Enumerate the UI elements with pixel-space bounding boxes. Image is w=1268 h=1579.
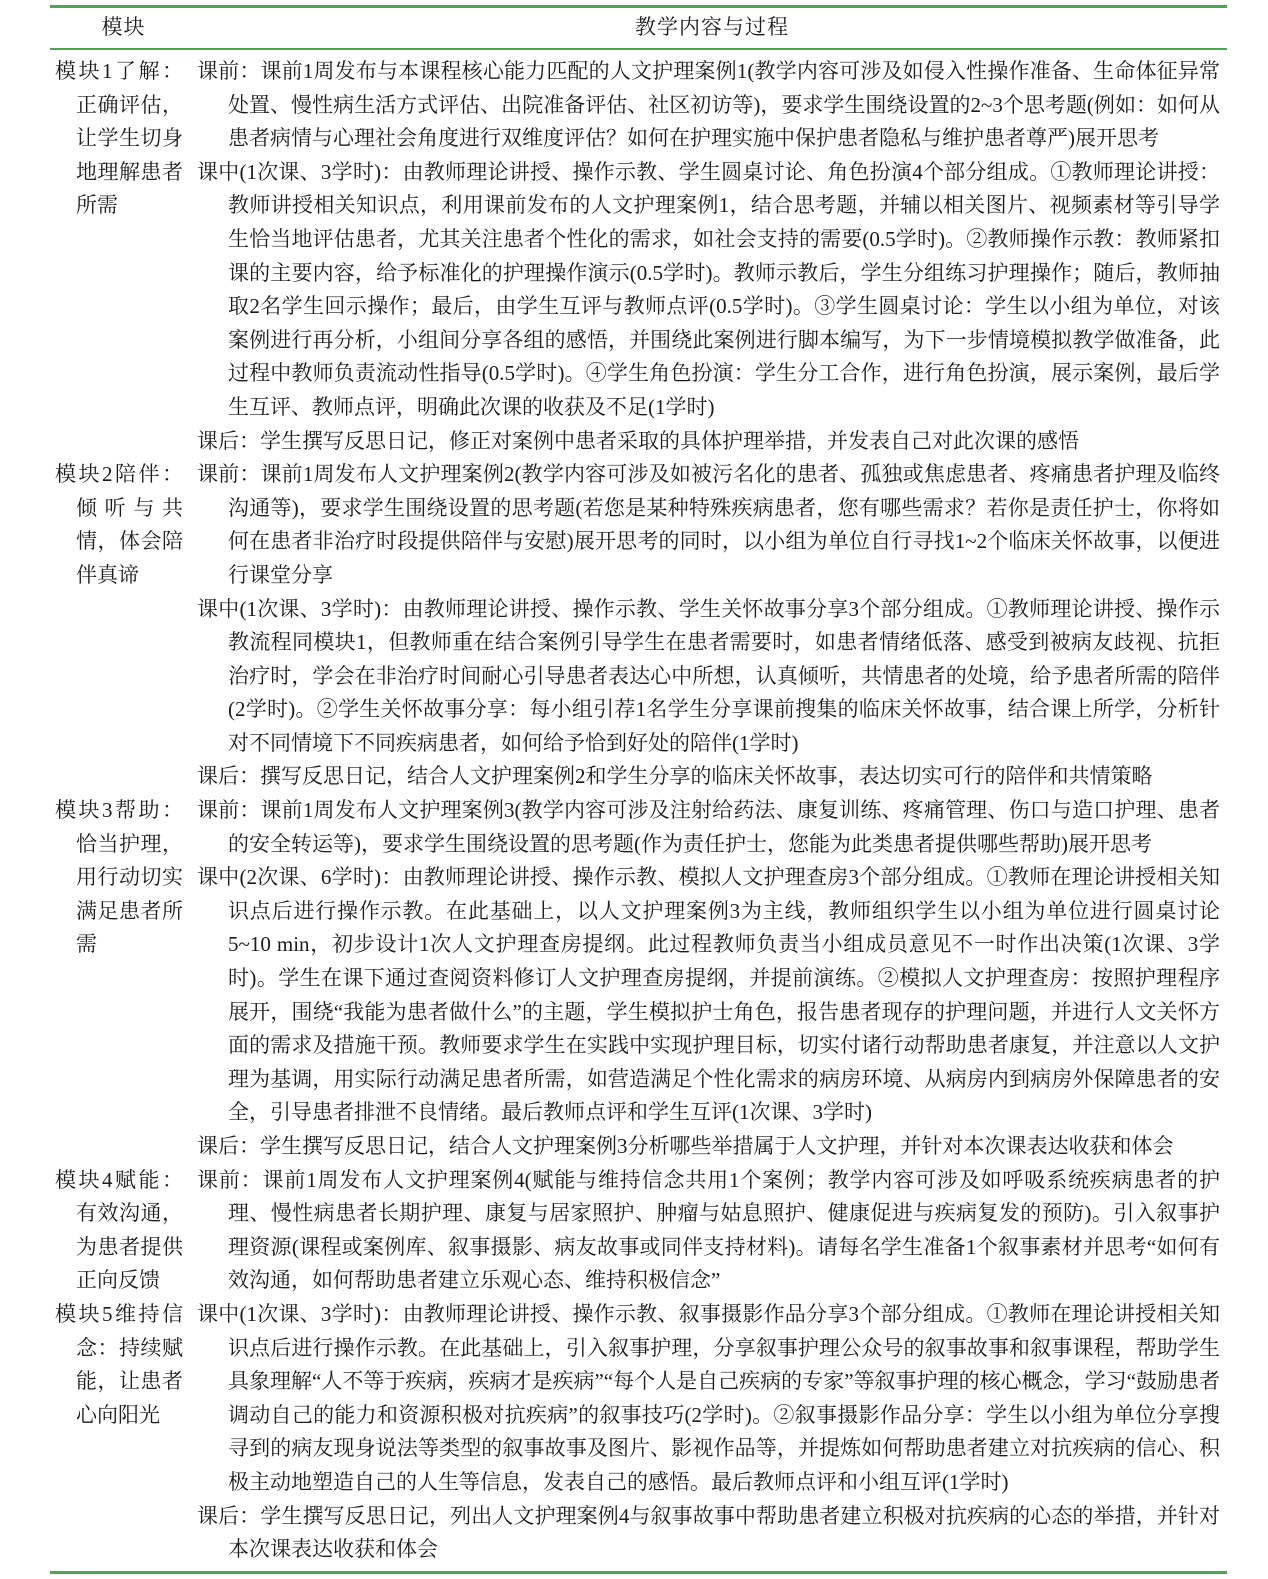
paragraph: 课中(2次课、6学时)：由教师理论讲授、操作示教、模拟人文护理查房3个部分组成。… (197, 861, 1220, 1130)
module-label: 模块2陪伴：倾听与共情，体会陪伴真谛 (55, 458, 183, 592)
paragraph: 课中(1次课、3学时)：由教师理论讲授、操作示教、学生圆桌讨论、角色扮演4个部分… (197, 156, 1220, 425)
scanned-document-page: { "page": { "accent_green": "#4aa94f", "… (0, 0, 1268, 1579)
table-row: 模块1了解：正确评估，让学生切身地理解患者所需 课前：课前1周发布与本课程核心能… (50, 55, 1227, 458)
paragraph: 课前：课前1周发布人文护理案例3(教学内容可涉及注射给药法、康复训练、疼痛管理、… (197, 794, 1220, 861)
table-row: 模块5维持信念：持续赋能，让患者心向阳光 课中(1次课、3学时)：由教师理论讲授… (50, 1298, 1227, 1567)
module-label: 模块4赋能：有效沟通，为患者提供正向反馈 (55, 1164, 183, 1298)
module-label: 模块3帮助：恰当护理，用行动切实满足患者所需 (55, 794, 183, 962)
module-cell: 模块5维持信念：持续赋能，让患者心向阳光 (50, 1298, 197, 1432)
paragraph: 课中(1次课、3学时)：由教师理论讲授、操作示教、学生关怀故事分享3个部分组成。… (197, 593, 1220, 761)
paragraph: 课后：撰写反思日记，结合人文护理案例2和学生分享的临床关怀故事，表达切实可行的陪… (197, 760, 1220, 794)
table-row: 模块4赋能：有效沟通，为患者提供正向反馈 课前：课前1周发布人文护理案例4(赋能… (50, 1164, 1227, 1298)
column-header-module: 模块 (50, 11, 197, 45)
content-cell: 课前：课前1周发布人文护理案例3(教学内容可涉及注射给药法、康复训练、疼痛管理、… (197, 794, 1227, 1164)
module-label: 模块1了解：正确评估，让学生切身地理解患者所需 (55, 55, 183, 223)
paragraph: 课前：课前1周发布与本课程核心能力匹配的人文护理案例1(教学内容可涉及如侵入性操… (197, 55, 1220, 156)
module-cell: 模块4赋能：有效沟通，为患者提供正向反馈 (50, 1164, 197, 1298)
content-cell: 课前：课前1周发布与本课程核心能力匹配的人文护理案例1(教学内容可涉及如侵入性操… (197, 55, 1227, 458)
table-header-row: 模块 教学内容与过程 (50, 8, 1227, 48)
paragraph: 课后：学生撰写反思日记，列出人文护理案例4与叙事故事中帮助患者建立积极对抗疾病的… (197, 1500, 1220, 1567)
teaching-modules-table: 模块 教学内容与过程 模块1了解：正确评估，让学生切身地理解患者所需 课前：课前… (50, 5, 1227, 1574)
content-cell: 课前：课前1周发布人文护理案例2(教学内容可涉及如被污名化的患者、孤独或焦虑患者… (197, 458, 1227, 794)
table-body: 模块1了解：正确评估，让学生切身地理解患者所需 课前：课前1周发布与本课程核心能… (50, 50, 1227, 1571)
module-cell: 模块3帮助：恰当护理，用行动切实满足患者所需 (50, 794, 197, 962)
module-cell: 模块1了解：正确评估，让学生切身地理解患者所需 (50, 55, 197, 223)
column-header-teaching-content: 教学内容与过程 (197, 11, 1227, 45)
paragraph: 课前：课前1周发布人文护理案例4(赋能与维持信念共用1个案例；教学内容可涉及如呼… (197, 1164, 1220, 1298)
table-row: 模块3帮助：恰当护理，用行动切实满足患者所需 课前：课前1周发布人文护理案例3(… (50, 794, 1227, 1164)
paragraph: 课前：课前1周发布人文护理案例2(教学内容可涉及如被污名化的患者、孤独或焦虑患者… (197, 458, 1220, 592)
module-cell: 模块2陪伴：倾听与共情，体会陪伴真谛 (50, 458, 197, 592)
table-row: 模块2陪伴：倾听与共情，体会陪伴真谛 课前：课前1周发布人文护理案例2(教学内容… (50, 458, 1227, 794)
paragraph: 课后：学生撰写反思日记，修正对案例中患者采取的具体护理举措，并发表自己对此次课的… (197, 425, 1220, 459)
table-bottom-rule (50, 1571, 1227, 1574)
content-cell: 课前：课前1周发布人文护理案例4(赋能与维持信念共用1个案例；教学内容可涉及如呼… (197, 1164, 1227, 1298)
content-cell: 课中(1次课、3学时)：由教师理论讲授、操作示教、叙事摄影作品分享3个部分组成。… (197, 1298, 1227, 1567)
paragraph: 课后：学生撰写反思日记，结合人文护理案例3分析哪些举措属于人文护理，并针对本次课… (197, 1130, 1220, 1164)
paragraph: 课中(1次课、3学时)：由教师理论讲授、操作示教、叙事摄影作品分享3个部分组成。… (197, 1298, 1220, 1500)
module-label: 模块5维持信念：持续赋能，让患者心向阳光 (55, 1298, 183, 1432)
